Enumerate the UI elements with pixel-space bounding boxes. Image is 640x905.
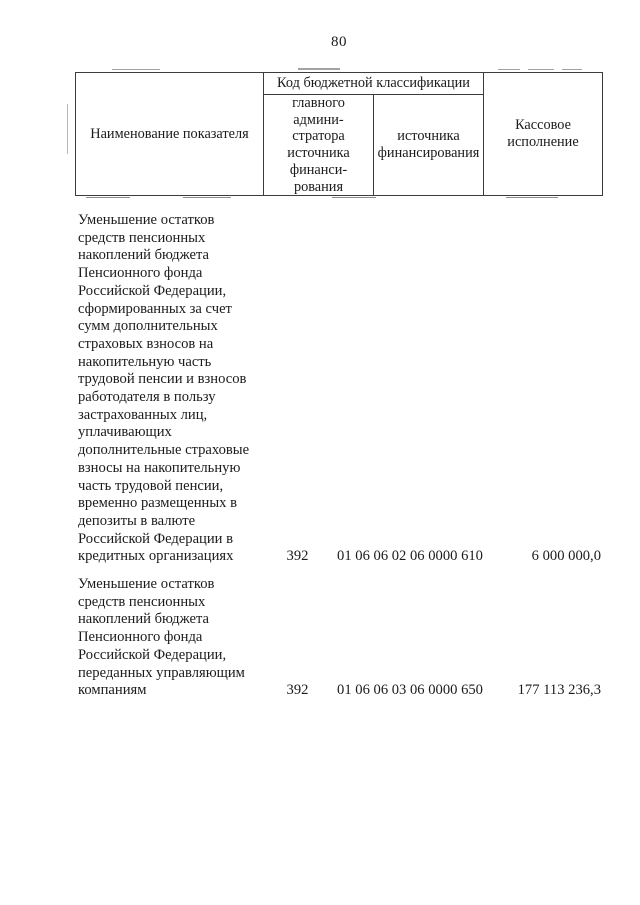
page-number: 80 bbox=[75, 34, 603, 51]
scan-artifact bbox=[183, 197, 231, 198]
header-cell-financing-source-code: источника финансирования bbox=[374, 95, 484, 196]
scan-artifact bbox=[332, 197, 376, 198]
header-cell-cash-execution: Кассовое исполнение bbox=[484, 73, 603, 196]
table-row-cash-value: 177 113 236,3 bbox=[480, 682, 601, 700]
header-cell-chief-administrator-code: главного админи- стратора источника фина… bbox=[264, 95, 374, 196]
header-cell-indicator-name: Наименование показателя bbox=[76, 73, 264, 196]
scan-artifact bbox=[498, 69, 520, 70]
scan-artifact bbox=[562, 69, 582, 70]
table-row-admin-code: 392 bbox=[262, 548, 333, 566]
table-row-admin-code: 392 bbox=[262, 682, 333, 700]
scan-artifact bbox=[298, 68, 340, 70]
table-row-indicator-name: Уменьшение остатков средств пенсионных н… bbox=[78, 576, 270, 700]
document-page: 80 Наименование показателя Код бюджетной… bbox=[0, 0, 640, 905]
header-cell-budget-code-group: Код бюджетной классификации bbox=[264, 73, 484, 95]
table-row-source-code: 01 06 06 03 06 0000 650 bbox=[334, 682, 486, 700]
scan-artifact bbox=[112, 69, 160, 70]
table-row-cash-value: 6 000 000,0 bbox=[480, 548, 601, 566]
scan-artifact bbox=[67, 104, 68, 154]
table-row-indicator-name: Уменьшение остатков средств пенсионных н… bbox=[78, 212, 270, 566]
budget-table-header: Наименование показателя Код бюджетной кл… bbox=[75, 72, 603, 196]
scan-artifact bbox=[86, 197, 130, 198]
scan-artifact bbox=[528, 69, 554, 70]
table-row-source-code: 01 06 06 02 06 0000 610 bbox=[334, 548, 486, 566]
scan-artifact bbox=[506, 197, 558, 198]
